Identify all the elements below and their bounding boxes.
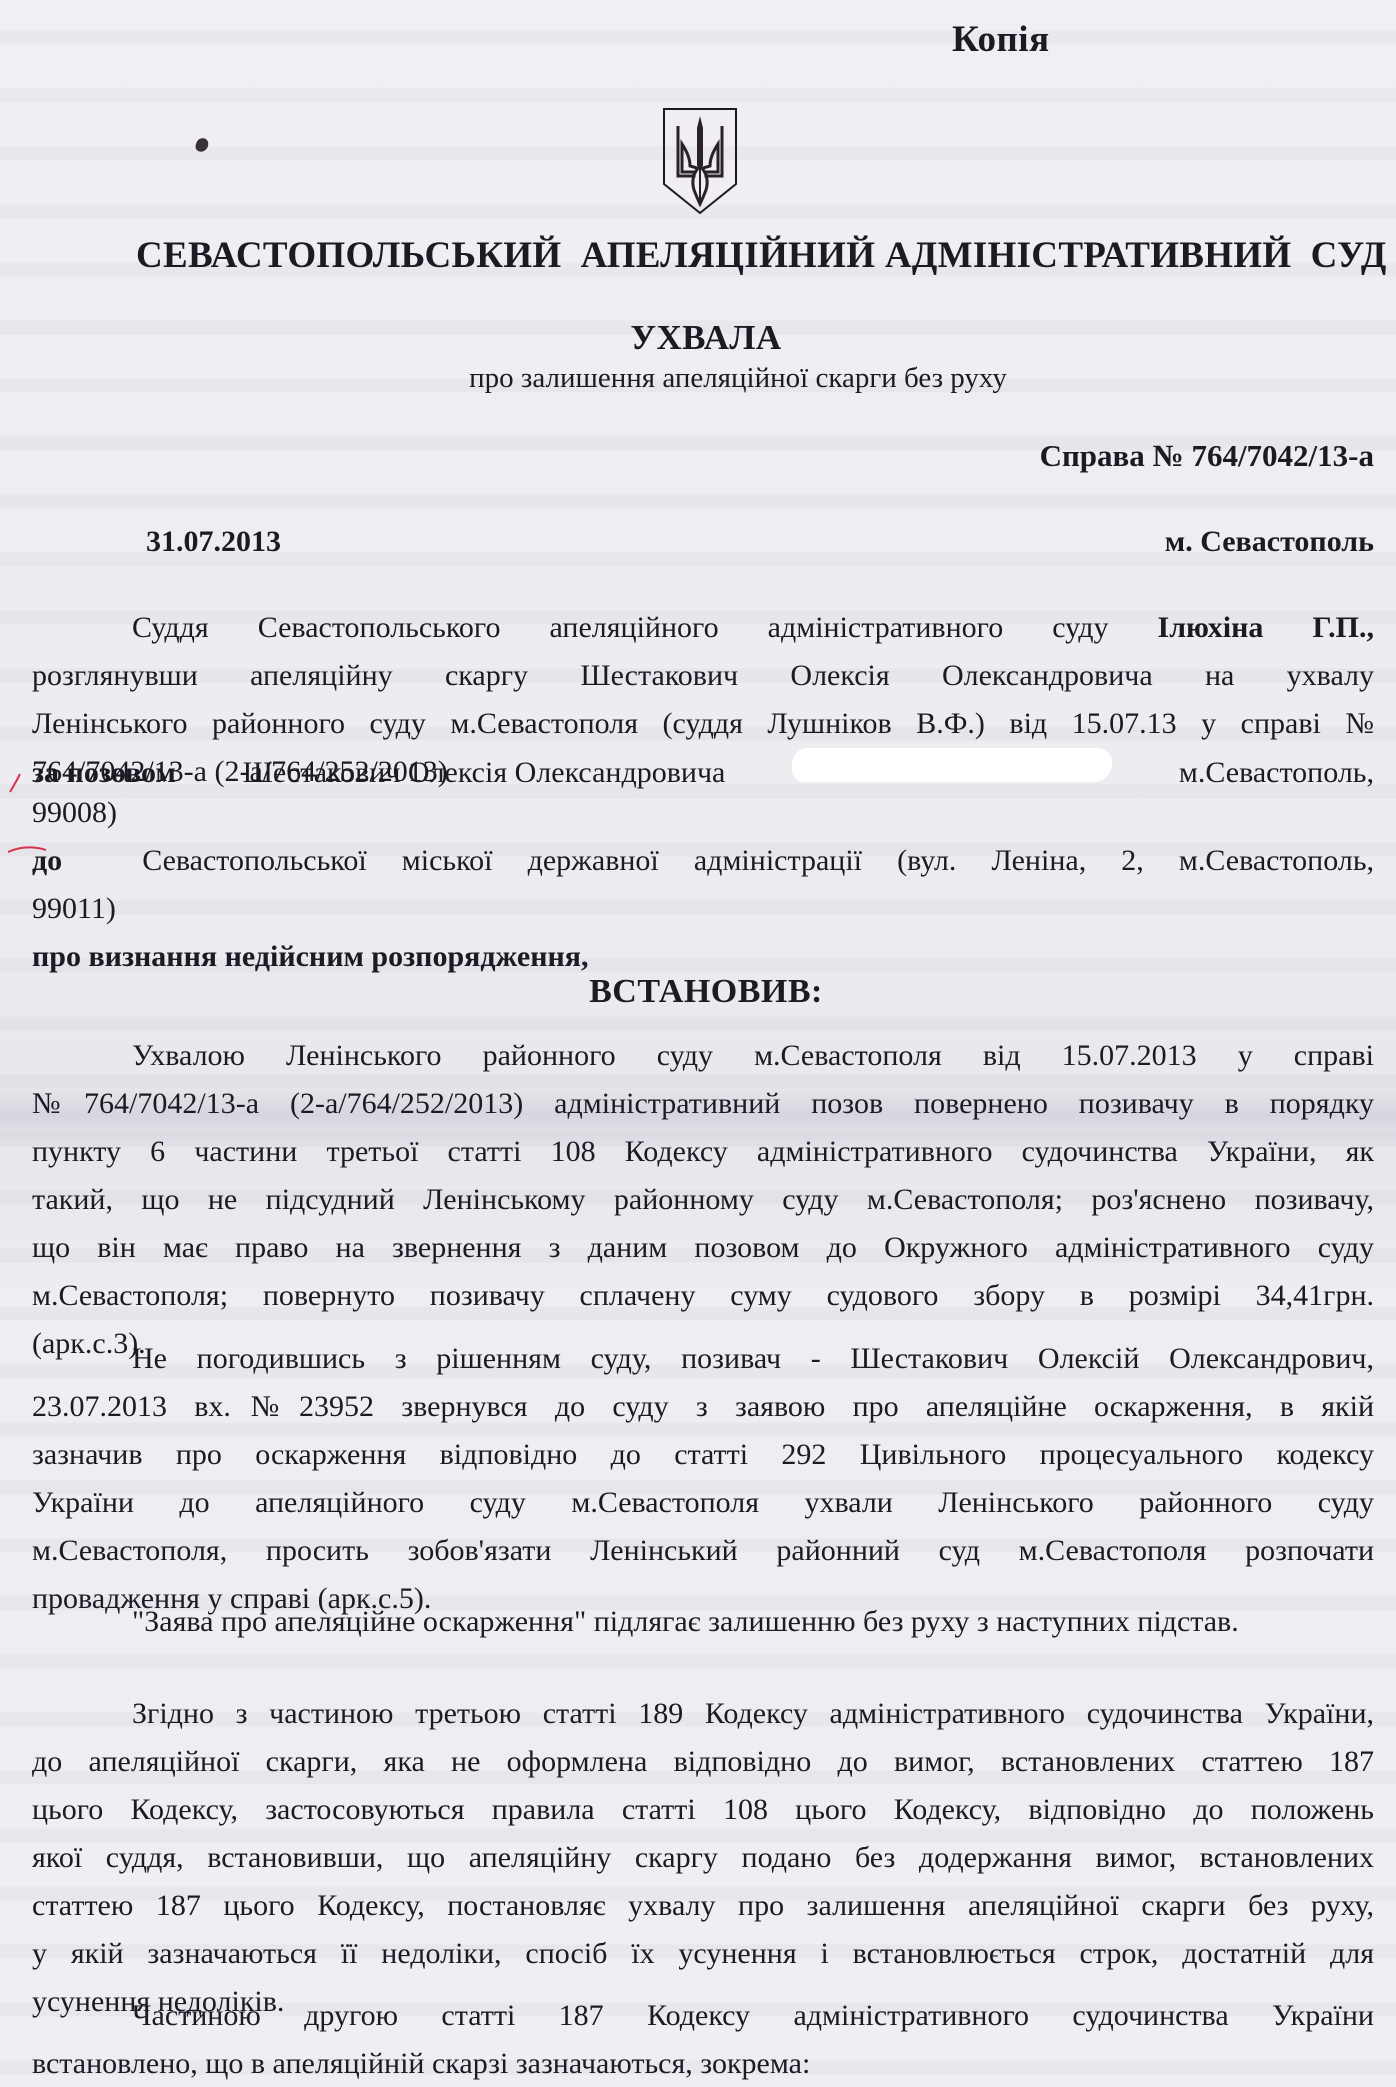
- paragraph-line: встановлено, що в апеляційній скарзі заз…: [32, 2040, 1374, 2087]
- ink-blot: [194, 136, 210, 153]
- document-page: Копія СЕВАСТОПОЛЬСЬКИЙ АПЕЛЯЦІЙНИЙ АДМІН…: [0, 0, 1396, 2087]
- red-pen-mark: [6, 752, 46, 862]
- decision-date: 31.07.2013: [146, 525, 281, 559]
- established-heading: ВСТАНОВИВ:: [0, 973, 1396, 1011]
- established-paragraph-1: Ухвалою Ленінського районного суду м.Сев…: [32, 1032, 1374, 1368]
- defendant-line: Севастопольської міської державної адмін…: [62, 844, 1374, 878]
- paragraph-line: що він має право на звернення з даним по…: [32, 1224, 1374, 1272]
- paragraph-line: такий, що не підсудний Ленінському район…: [32, 1176, 1374, 1224]
- established-paragraph-4: Згідно з частиною третьою статті 189 Код…: [32, 1690, 1374, 2026]
- paragraph-line: України до апеляційного суду м.Севастопо…: [32, 1479, 1374, 1527]
- intro-text: Суддя Севастопольського апеляційного адм…: [132, 611, 1158, 644]
- paragraph-line: цього Кодексу, застосовуються правила ст…: [32, 1786, 1374, 1834]
- paragraph-line: Згідно з частиною третьою статті 189 Код…: [32, 1690, 1374, 1738]
- paragraph-line: зазначив про оскарження відповідно до ст…: [32, 1431, 1374, 1479]
- paragraph-line: м.Севастополя; повернуто позивачу сплаче…: [32, 1272, 1374, 1320]
- subject-row: про визнання недійсним розпорядження,: [32, 940, 1374, 974]
- plaintiff-name: Шестакович Олексія Олександровича: [243, 756, 726, 790]
- paragraph-line: "Заява про апеляційне оскарження" підляг…: [32, 1598, 1374, 1646]
- paragraph-line: №764/7042/13-а (2-а/764/252/2013) адміні…: [32, 1080, 1374, 1128]
- plaintiff-postcode-row: 99008): [32, 796, 1374, 830]
- paragraph-line: пункту 6 частини третьої статті 108 Коде…: [32, 1128, 1374, 1176]
- established-paragraph-5: Частиною другою статті 187 Кодексу адмін…: [32, 1992, 1374, 2087]
- paragraph-line: статтею 187 цього Кодексу, постановляє у…: [32, 1882, 1374, 1930]
- claim-subject: про визнання недійсним розпорядження,: [32, 940, 589, 974]
- paragraph-line: якої суддя, встановивши, що апеляційну с…: [32, 1834, 1374, 1882]
- defendant-postcode: 99011): [32, 892, 116, 926]
- intro-line: розглянувши апеляційну скаргу Шестакович…: [32, 652, 1374, 700]
- established-paragraph-3: "Заява про апеляційне оскарження" підляг…: [32, 1598, 1374, 1646]
- plaintiff-label: за позовом: [32, 756, 176, 790]
- court-name: СЕВАСТОПОЛЬСЬКИЙ АПЕЛЯЦІЙНИЙ АДМІНІСТРАТ…: [136, 234, 1387, 277]
- paragraph-line: м.Севастополя, просить зобов'язати Ленін…: [32, 1527, 1374, 1575]
- intro-line: Суддя Севастопольського апеляційного адм…: [32, 604, 1374, 652]
- paragraph-line: Не погодившись з рішенням суду, позивач …: [32, 1335, 1374, 1383]
- judge-name: Ілюхіна Г.П.,: [1158, 611, 1374, 644]
- decision-city: м. Севастополь: [1165, 525, 1374, 559]
- plaintiff-city: м.Севастополь,: [1179, 756, 1374, 790]
- plaintiff-row: за позовом Шестакович Олексія Олександро…: [32, 748, 1374, 790]
- coat-of-arms-of-ukraine-icon: [660, 106, 740, 216]
- paragraph-line: Частиною другою статті 187 Кодексу адмін…: [32, 1992, 1374, 2040]
- document-subtitle: про залишення апеляційної скарги без рух…: [0, 362, 1396, 395]
- paragraph-line: 23.07.2013 вх.№23952 звернувся до суду з…: [32, 1383, 1374, 1431]
- case-number: Справа № 764/7042/13-а: [1040, 438, 1374, 474]
- intro-line: Ленінського районного суду м.Севастополя…: [32, 700, 1374, 748]
- document-type: УХВАЛА: [0, 318, 1396, 358]
- defendant-row: до Севастопольської міської державної ад…: [32, 844, 1374, 878]
- redacted-address: [792, 748, 1112, 782]
- paragraph-line: у якій зазначаються її недоліки, спосіб …: [32, 1930, 1374, 1978]
- paragraph-line: Ухвалою Ленінського районного суду м.Сев…: [32, 1032, 1374, 1080]
- established-paragraph-2: Не погодившись з рішенням суду, позивач …: [32, 1335, 1374, 1623]
- paragraph-line: до апеляційної скарги, яка не оформлена …: [32, 1738, 1374, 1786]
- copy-mark: Копія: [952, 18, 1050, 61]
- defendant-postcode-row: 99011): [32, 892, 1374, 926]
